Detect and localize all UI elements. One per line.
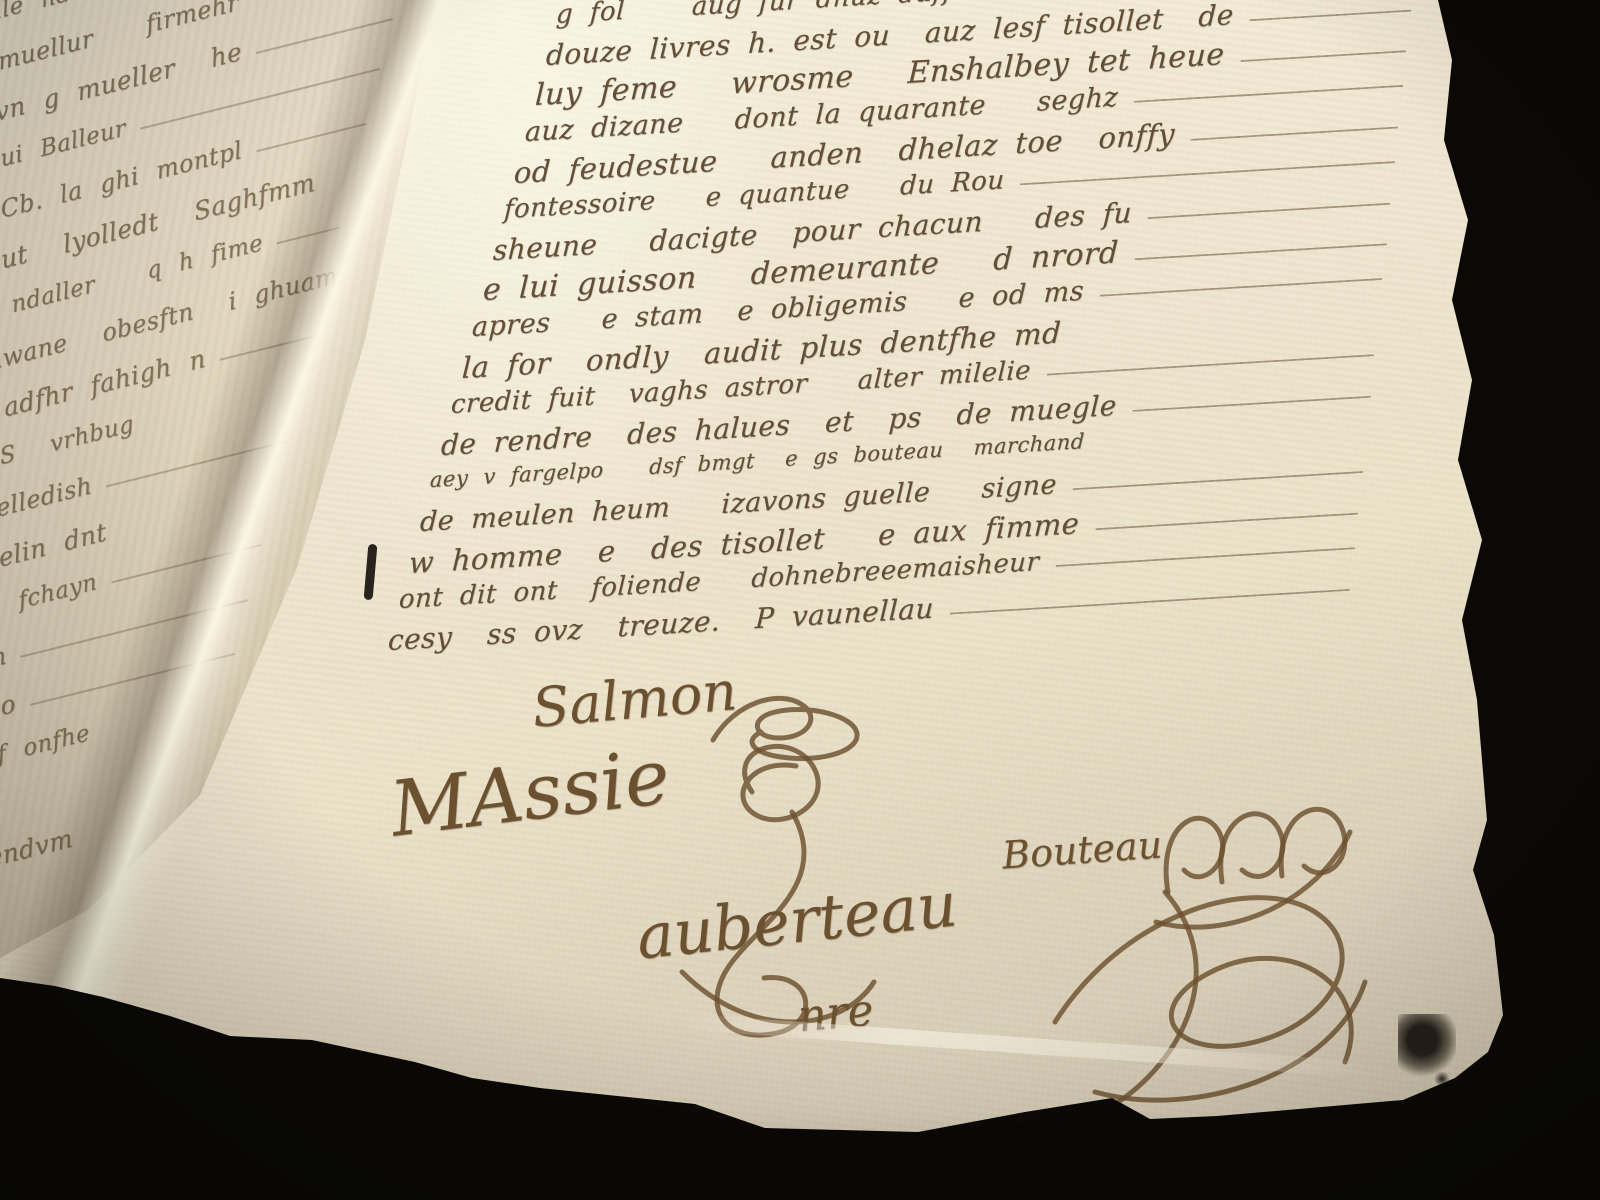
left-page-line-text: uelle ndz — [0, 0, 84, 32]
line-filler-stroke — [950, 589, 1350, 615]
paper-scrape-mark — [680, 1014, 1379, 1079]
margin-ink-mark — [364, 544, 378, 601]
line-filler-stroke — [1250, 10, 1412, 22]
line-filler-stroke — [1100, 278, 1382, 297]
line-filler-stroke — [277, 227, 340, 245]
left-page-line-text: mmendvm — [0, 823, 75, 885]
paper-sheet: g fol aug fur dnuz duffdouze livres h. e… — [0, 0, 1600, 1200]
signature-massie: MAssie — [386, 731, 675, 853]
line-filler-stroke — [220, 335, 314, 360]
bouteau-paraph-flourish — [1148, 782, 1358, 947]
line-filler-stroke — [256, 18, 393, 54]
manuscript-photo: { "palette": { "background": "#0a0907", … — [0, 0, 1600, 1200]
line-filler-stroke — [1240, 50, 1406, 62]
ink-blot — [1398, 1014, 1456, 1076]
line-filler-stroke — [1073, 471, 1363, 490]
line-filler-stroke — [1047, 354, 1374, 375]
signature-auberteau: auberteau — [633, 867, 960, 973]
line-filler-stroke — [1148, 203, 1390, 219]
signature-bouteau: Bouteau — [1001, 822, 1164, 877]
line-filler-stroke — [1134, 243, 1387, 260]
line-filler-stroke — [1055, 547, 1355, 567]
line-filler-stroke — [111, 544, 261, 583]
left-page-line-text: o lyo — [0, 688, 18, 734]
line-filler-stroke — [1134, 85, 1403, 103]
line-filler-stroke — [1095, 513, 1358, 531]
left-page-line-text: whln — [0, 641, 8, 684]
signature-salmon: Salmon — [530, 659, 740, 740]
line-filler-stroke — [1132, 396, 1371, 412]
line-filler-stroke — [1190, 126, 1398, 140]
ink-blot-small — [1434, 1072, 1450, 1086]
line-filler-stroke — [256, 123, 366, 152]
line-filler-stroke — [1020, 161, 1395, 185]
